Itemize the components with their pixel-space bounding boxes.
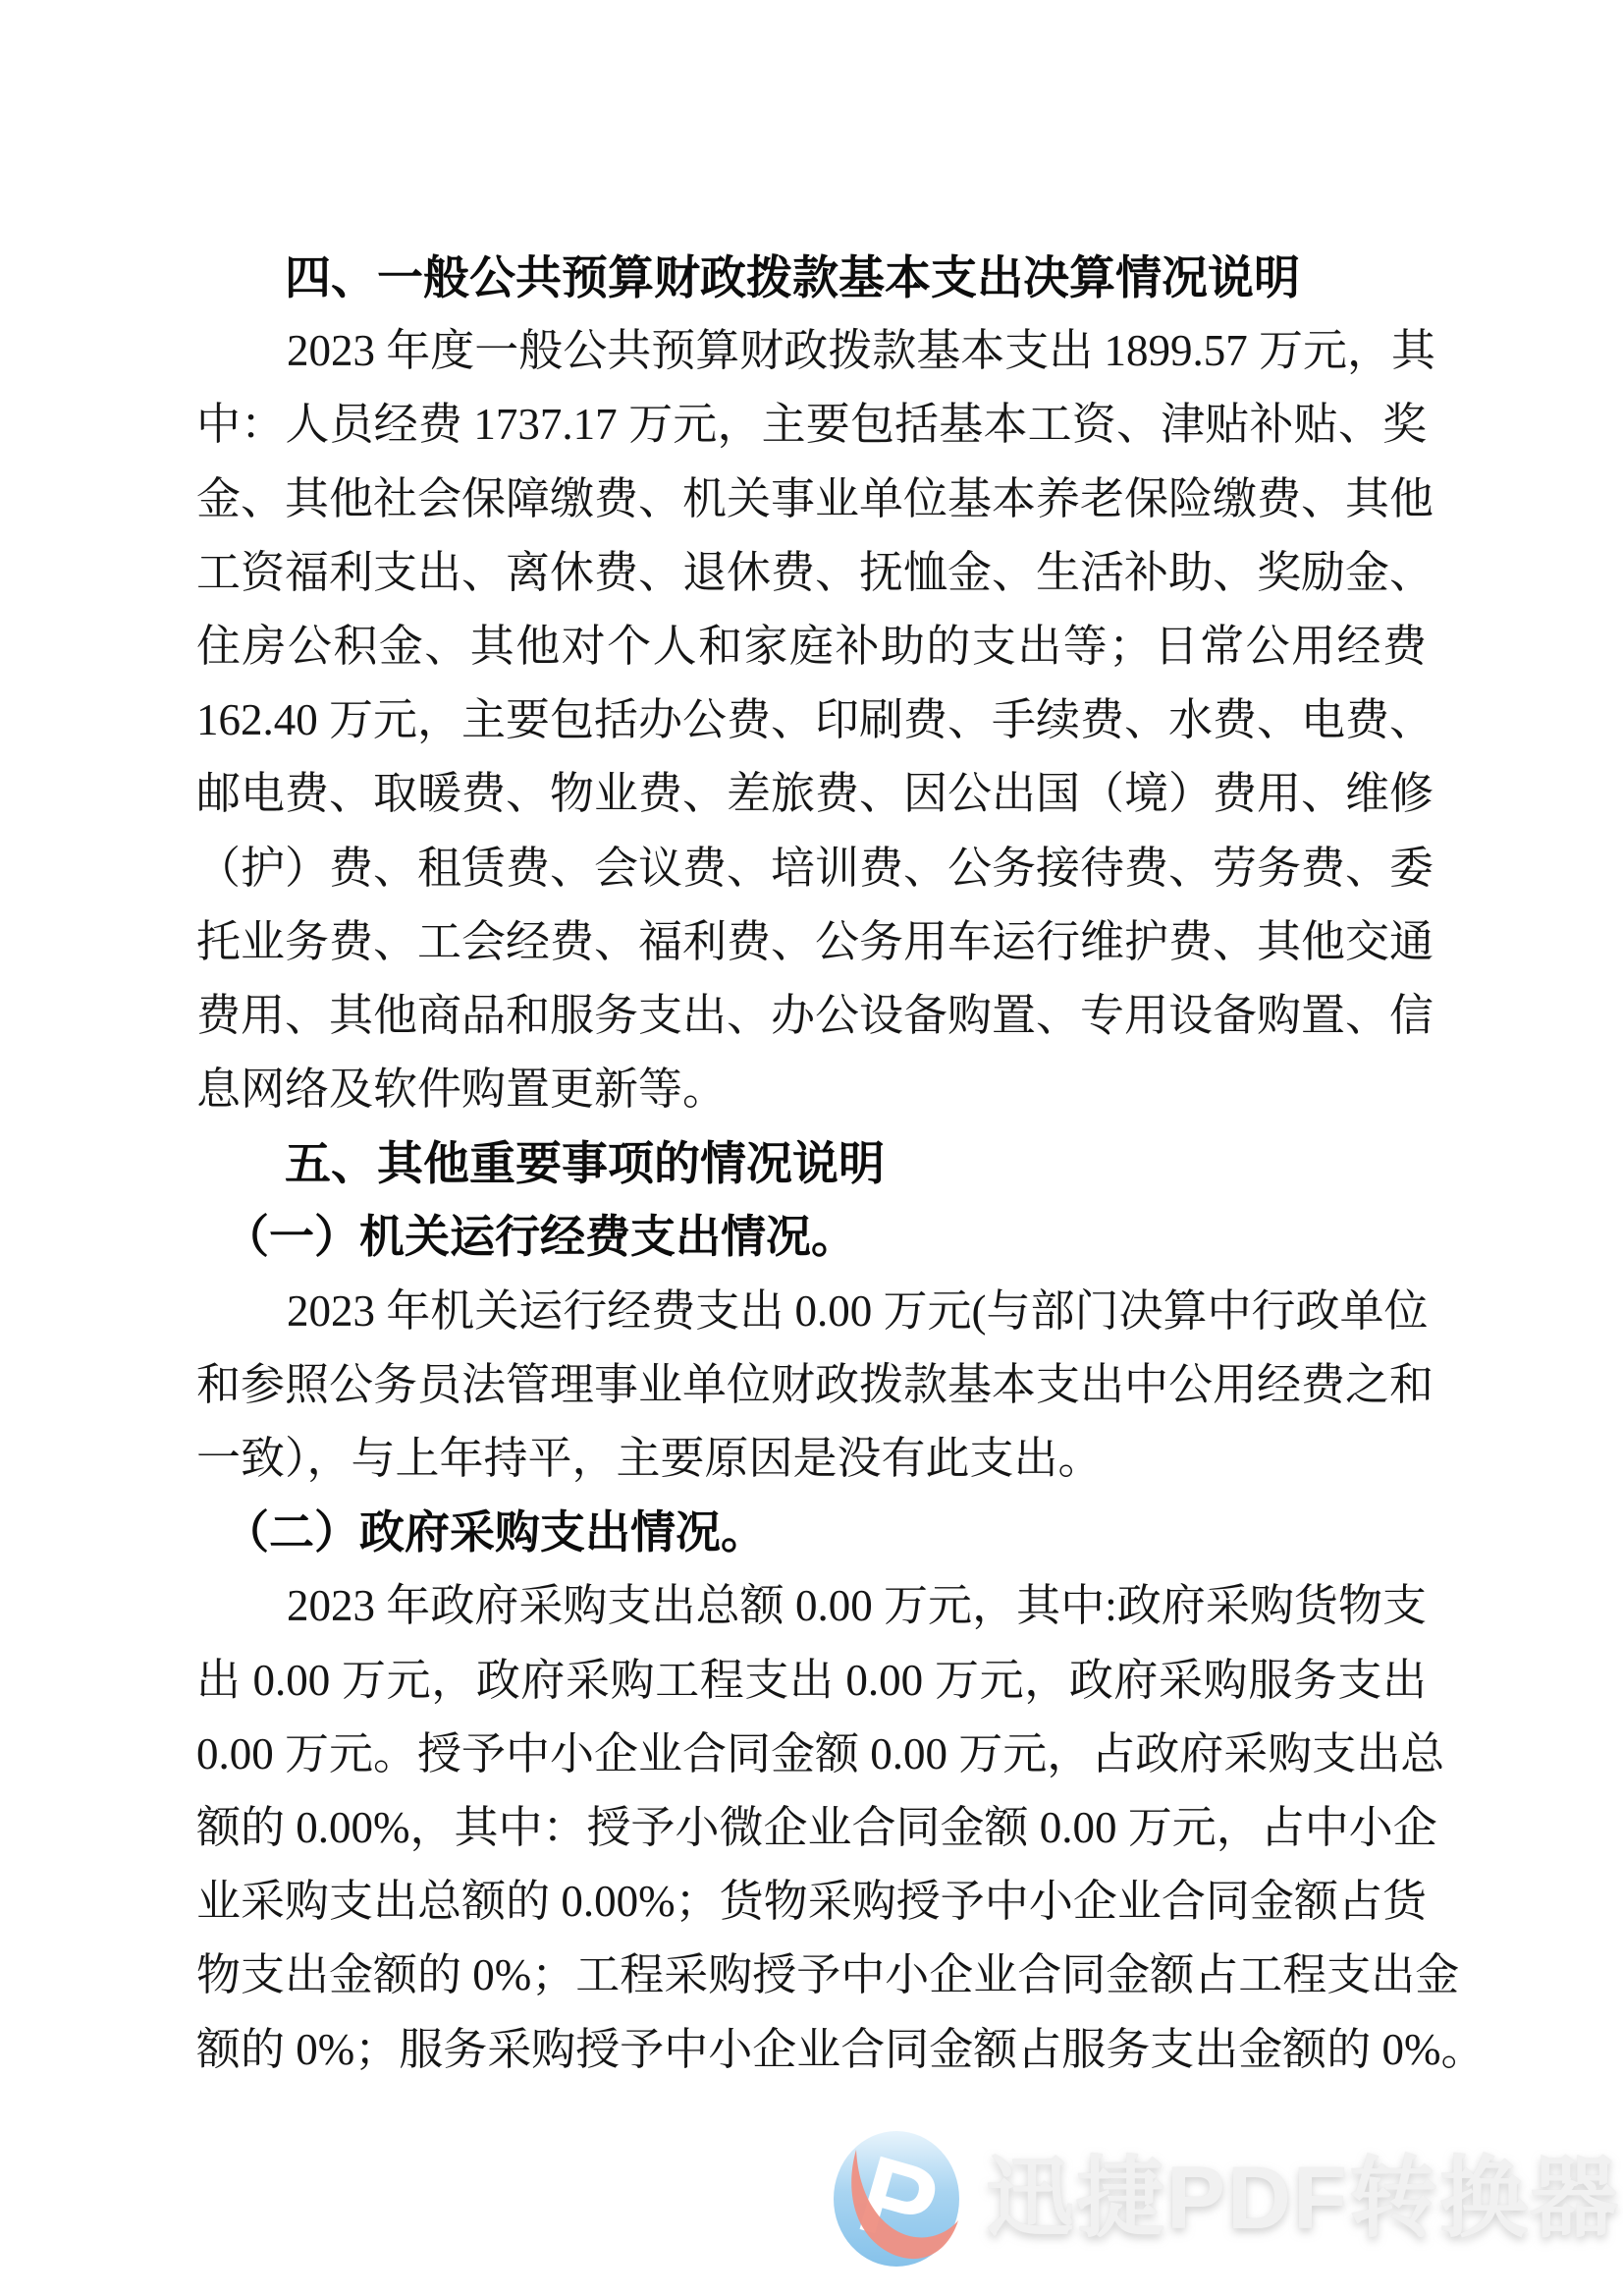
text-line: 托业务费、工会经费、福利费、公务用车运行维护费、其他交通 xyxy=(196,905,1427,979)
text-line: （护）费、租赁费、会议费、培训费、公务接待费、劳务费、委 xyxy=(196,832,1427,905)
text-line: 2023 年机关运行经费支出 0.00 万元(与部门决算中行政单位 xyxy=(196,1275,1427,1348)
watermark: P 迅捷PDF转换器 xyxy=(833,2127,1620,2269)
text-line: 162.40 万元，主要包括办公费、印刷费、手续费、水费、电费、 xyxy=(196,683,1427,757)
text-line: 五、其他重要事项的情况说明 xyxy=(196,1126,1427,1200)
text-line: 额的 0.00%，其中：授予小微企业合同金额 0.00 万元，占中小企 xyxy=(196,1791,1427,1865)
text-line: 费用、其他商品和服务支出、办公设备购置、专用设备购置、信 xyxy=(196,979,1427,1053)
text-line: 0.00 万元。授予中小企业合同金额 0.00 万元，占政府采购支出总 xyxy=(196,1718,1427,1791)
text-line: 一致），与上年持平，主要原因是没有此支出。 xyxy=(196,1422,1427,1496)
text-line: 住房公积金、其他对个人和家庭补助的支出等；日常公用经费 xyxy=(196,610,1427,683)
text-line: 息网络及软件购置更新等。 xyxy=(196,1053,1427,1126)
watermark-text: 迅捷PDF转换器 xyxy=(986,2130,1620,2268)
svg-text:P: P xyxy=(846,2131,950,2267)
document-body: 四、一般公共预算财政拨款基本支出决算情况说明2023 年度一般公共预算财政拨款基… xyxy=(196,241,1427,2087)
text-line: 邮电费、取暖费、物业费、差旅费、因公出国（境）费用、维修 xyxy=(196,757,1427,831)
text-line: 2023 年度一般公共预算财政拨款基本支出 1899.57 万元，其 xyxy=(196,314,1427,388)
document-page: 四、一般公共预算财政拨款基本支出决算情况说明2023 年度一般公共预算财政拨款基… xyxy=(0,0,1623,2296)
text-line: 业采购支出总额的 0.00%；货物采购授予中小企业合同金额占货 xyxy=(196,1865,1427,1939)
text-line: 工资福利支出、离休费、退休费、抚恤金、生活补助、奖励金、 xyxy=(196,536,1427,610)
text-line: （一）机关运行经费支出情况。 xyxy=(196,1200,1427,1274)
pdf-converter-logo-icon: P xyxy=(833,2130,960,2268)
text-line: 额的 0%；服务采购授予中小企业合同金额占服务支出金额的 0%。 xyxy=(196,2013,1427,2087)
text-line: 出 0.00 万元，政府采购工程支出 0.00 万元，政府采购服务支出 xyxy=(196,1644,1427,1718)
text-line: 和参照公务员法管理事业单位财政拨款基本支出中公用经费之和 xyxy=(196,1348,1427,1422)
text-line: 2023 年政府采购支出总额 0.00 万元，其中:政府采购货物支 xyxy=(196,1569,1427,1643)
text-line: （二）政府采购支出情况。 xyxy=(196,1496,1427,1569)
text-line: 物支出金额的 0%；工程采购授予中小企业合同金额占工程支出金 xyxy=(196,1939,1427,2012)
text-line: 中：人员经费 1737.17 万元，主要包括基本工资、津贴补贴、奖 xyxy=(196,388,1427,462)
text-line: 金、其他社会保障缴费、机关事业单位基本养老保险缴费、其他 xyxy=(196,463,1427,536)
text-line: 四、一般公共预算财政拨款基本支出决算情况说明 xyxy=(196,241,1427,314)
